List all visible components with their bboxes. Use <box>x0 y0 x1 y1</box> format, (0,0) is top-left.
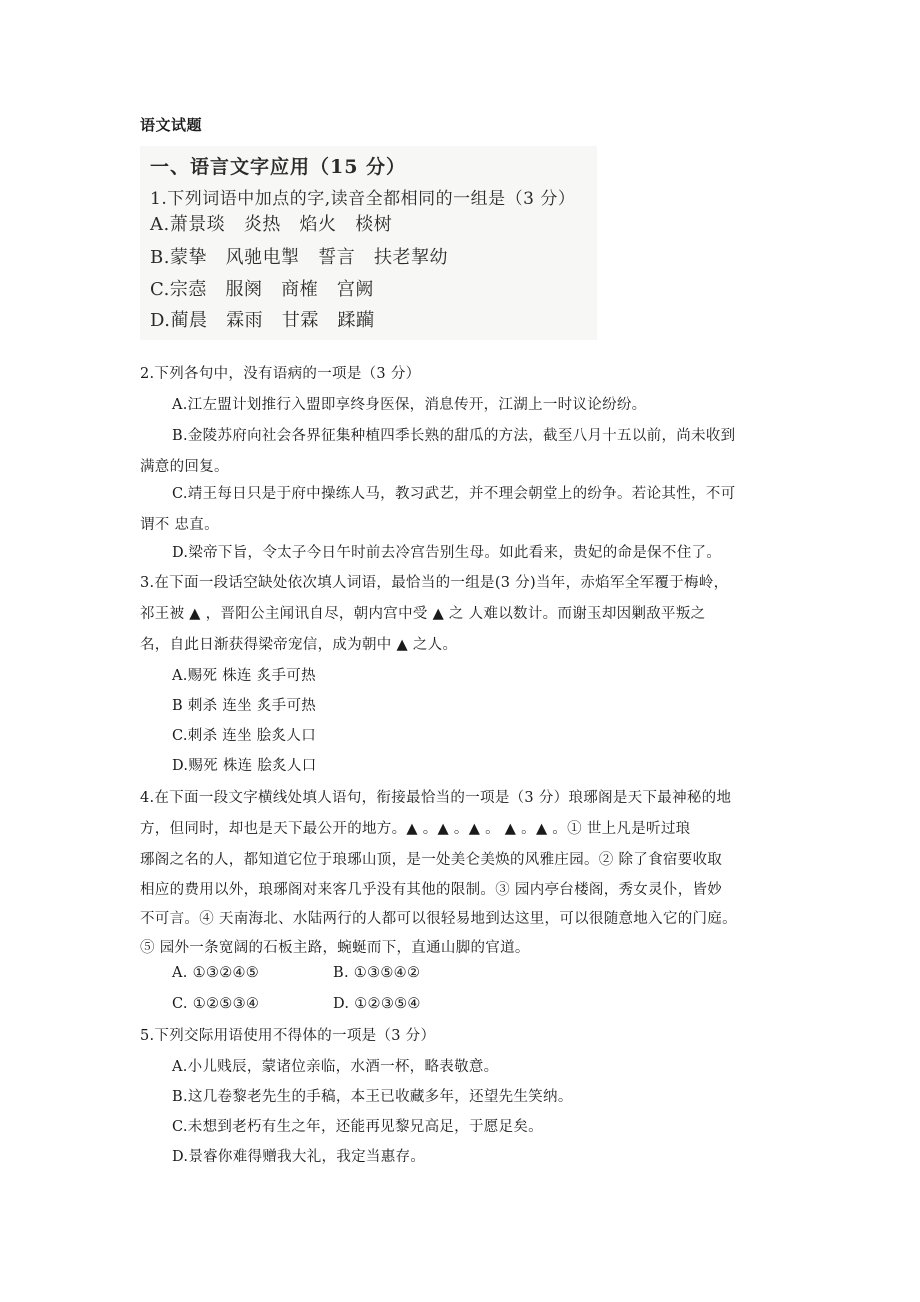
question-3-option-d: D.赐死 株连 脍炙人口 <box>172 754 317 775</box>
question-5-stem: 5.下列交际用语使用不得体的一项是（3 分） <box>140 1024 435 1045</box>
question-4-passage-line-4: 相应的费用以外，琅琊阁对来客几乎没有其他的限制。③ 园内亭台楼阁，秀女灵仆，皆妙 <box>140 878 722 899</box>
question-5-option-c: C.未想到老朽有生之年，还能再见黎兄高足，于愿足矣。 <box>172 1115 543 1136</box>
question-3-option-b: B 刺杀 连坐 炙手可热 <box>172 694 316 715</box>
question-4-option-a: A. ①③②④⑤ <box>172 965 259 981</box>
question-3-passage-line-3: 名，自此日渐获得梁帝宠信，成为朝中 ▲ 之人。 <box>140 633 457 654</box>
question-4-passage-line-1: 4.在下面一段文字横线处填人语句，衔接最恰当的一项是（3 分）琅琊阁是天下最神秘… <box>140 786 731 807</box>
document-title: 语文试题 <box>140 114 202 135</box>
question-5-option-d: D.景睿你难得赠我大礼，我定当惠存。 <box>172 1145 425 1166</box>
question-4-passage-line-3: 琊阁之名的人，都知道它位于琅琊山顶，是一处美仑美焕的风雅庄园。② 除了食宿要收取 <box>140 848 722 869</box>
question-2-option-c-cont: 谓不 忠直。 <box>140 513 219 534</box>
question-2-stem: 2.下列各句中，没有语病的一项是（3 分） <box>140 362 420 383</box>
question-4-passage-line-6: ⑤ 园外一条宽阔的石板主路，蜿蜒而下，直通山脚的官道。 <box>140 936 530 957</box>
question-4-passage-line-2: 方，但同时，却也是天下最公开的地方。▲ 。▲ 。▲ 。 ▲ 。▲ 。① 世上凡是… <box>140 817 690 838</box>
section-heading: 一、语言文字应用（15 分） <box>150 152 406 179</box>
question-5-option-a: A.小儿贱辰，蒙诸位亲临，水酒一杯，略表敬意。 <box>172 1055 498 1076</box>
question-1-option-c: C.宗悫 服阕 商榷 宫阙 <box>150 275 374 301</box>
document-page: 语文试题 一、语言文字应用（15 分） 1.下列词语中加点的字,读音全都相同的一… <box>0 0 920 1302</box>
scanned-question-image: 一、语言文字应用（15 分） 1.下列词语中加点的字,读音全都相同的一组是（3 … <box>140 146 597 340</box>
question-3-option-c: C.刺杀 连坐 脍炙人口 <box>172 724 316 745</box>
question-4-passage-line-5: 不可言。④ 天南海北、水陆两行的人都可以很轻易地到达这里，可以很随意地入它的门庭… <box>140 907 737 928</box>
question-2-option-b: B.金陵苏府向社会各界征集种植四季长熟的甜瓜的方法，截至八月十五以前，尚未收到 <box>172 424 735 445</box>
question-5-option-b: B.这几卷黎老先生的手稿，本王已收藏多年，还望先生笑纳。 <box>172 1085 573 1106</box>
question-4-option-d: D. ①②③⑤④ <box>333 996 421 1012</box>
question-3-passage-line-1: 3.在下面一段话空缺处依次填人词语，最恰当的一组是(3 分)当年，赤焰军全军覆于… <box>140 571 728 592</box>
question-2-option-d: D.梁帝下旨，令太子今日午时前去冷宫告别生母。如此看来，贵妃的命是保不住了。 <box>172 541 721 562</box>
question-4-option-c: C. ①②⑤③④ <box>172 996 259 1012</box>
question-1-option-d: D.蔺晨 霖雨 甘霖 蹂躏 <box>150 306 375 332</box>
question-1-option-a: A.萧景琰 炎热 焰火 棪树 <box>150 210 392 236</box>
question-2-option-c: C.靖王每日只是于府中操练人马，教习武艺，并不理会朝堂上的纷争。若论其性，不可 <box>172 482 735 503</box>
question-4-option-b: B. ①③⑤④② <box>333 965 420 981</box>
question-1-stem: 1.下列词语中加点的字,读音全都相同的一组是（3 分） <box>150 184 575 209</box>
question-1-option-b: B.蒙挚 风驰电掣 誓言 扶老挈幼 <box>150 243 448 269</box>
question-2-option-a: A.江左盟计划推行入盟即享终身医保，消息传开，江湖上一时议论纷纷。 <box>172 393 646 414</box>
question-3-passage-line-2: 祁王被 ▲ ，晋阳公主闻讯自尽，朝内宫中受 ▲ 之 人难以数计。而谢玉却因剿敌平… <box>140 602 705 623</box>
question-2-option-b-cont: 满意的回复。 <box>140 455 229 476</box>
question-3-option-a: A.赐死 株连 炙手可热 <box>172 664 316 685</box>
